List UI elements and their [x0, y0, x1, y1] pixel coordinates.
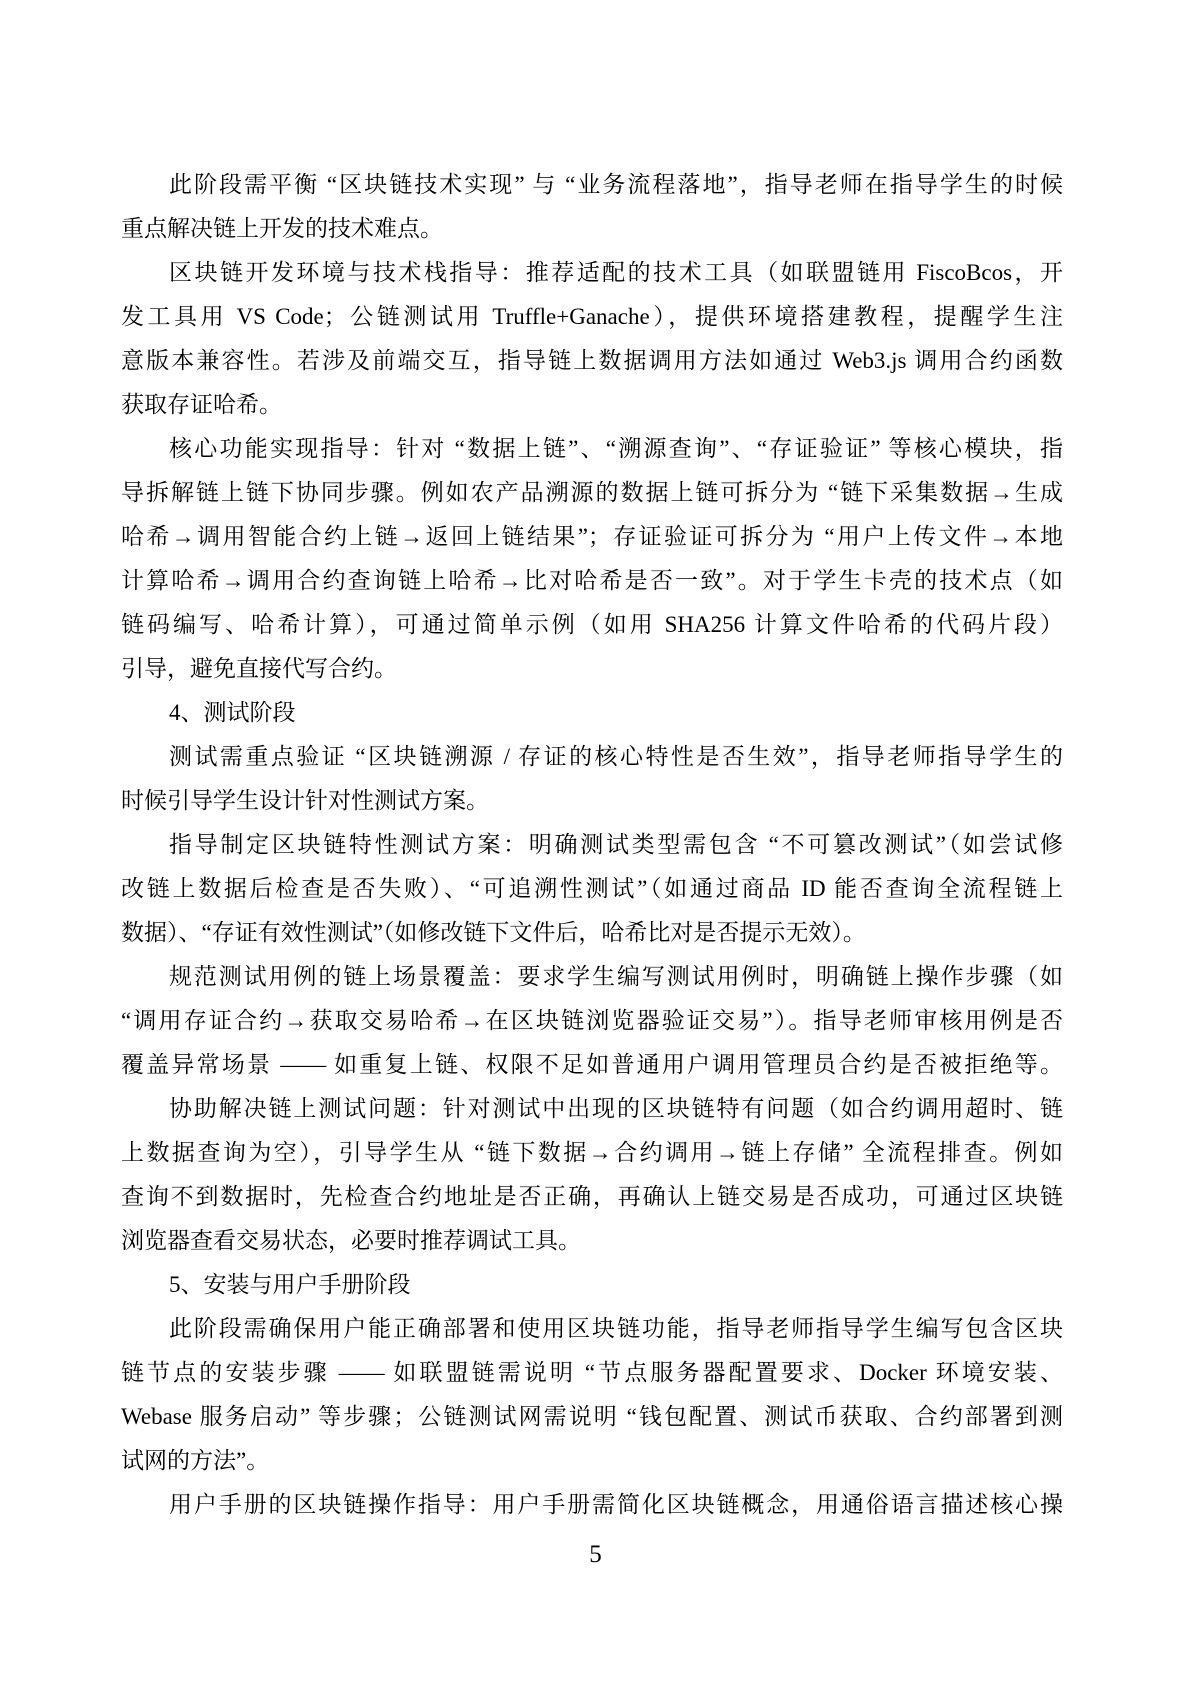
- text-line: 导拆解链上链下协同步骤。例如农产品溯源的数据上链可拆分为 “链下采集数据→生成: [121, 471, 1063, 515]
- text-line: 覆盖异常场景 —— 如重复上链、权限不足如普通用户调用管理员合约是否被拒绝等。: [121, 1043, 1063, 1087]
- document-body: 此阶段需平衡 “区块链技术实现” 与 “业务流程落地”，指导老师在指导学生的时候…: [121, 163, 1063, 1527]
- text-line: 浏览器查看交易状态，必要时推荐调试工具。: [121, 1219, 1063, 1263]
- text-line: 用户手册的区块链操作指导：用户手册需简化区块链概念，用通俗语言描述核心操: [121, 1483, 1063, 1527]
- text-line: 重点解决链上开发的技术难点。: [121, 207, 1063, 251]
- document-page: 此阶段需平衡 “区块链技术实现” 与 “业务流程落地”，指导老师在指导学生的时候…: [0, 0, 1191, 1684]
- text-line: 改链上数据后检查是否失败）、“可追溯性测试”（如通过商品 ID 能否查询全流程链…: [121, 867, 1063, 911]
- text-line: 测试需重点验证 “区块链溯源 / 存证的核心特性是否生效”，指导老师指导学生的: [121, 735, 1063, 779]
- text-line: 5、安装与用户手册阶段: [121, 1263, 1063, 1307]
- text-line: “调用存证合约→获取交易哈希→在区块链浏览器验证交易”）。指导老师审核用例是否: [121, 999, 1063, 1043]
- text-line: 此阶段需确保用户能正确部署和使用区块链功能，指导老师指导学生编写包含区块: [121, 1307, 1063, 1351]
- text-line: 规范测试用例的链上场景覆盖：要求学生编写测试用例时，明确链上操作步骤（如: [121, 955, 1063, 999]
- text-line: 协助解决链上测试问题：针对测试中出现的区块链特有问题（如合约调用超时、链: [121, 1087, 1063, 1131]
- page-number: 5: [0, 1538, 1191, 1572]
- text-line: 查询不到数据时，先检查合约地址是否正确，再确认上链交易是否成功，可通过区块链: [121, 1175, 1063, 1219]
- text-line: 试网的方法”。: [121, 1439, 1063, 1483]
- text-line: 核心功能实现指导：针对 “数据上链”、“溯源查询”、“存证验证” 等核心模块，指: [121, 427, 1063, 471]
- text-line: 获取存证哈希。: [121, 383, 1063, 427]
- text-line: Webase 服务启动” 等步骤；公链测试网需说明 “钱包配置、测试币获取、合约…: [121, 1395, 1063, 1439]
- text-line: 链节点的安装步骤 —— 如联盟链需说明 “节点服务器配置要求、Docker 环境…: [121, 1351, 1063, 1395]
- text-line: 区块链开发环境与技术栈指导：推荐适配的技术工具（如联盟链用 FiscoBcos，…: [121, 251, 1063, 295]
- text-line: 数据）、“存证有效性测试”（如修改链下文件后，哈希比对是否提示无效）。: [121, 911, 1063, 955]
- text-line: 意版本兼容性。若涉及前端交互，指导链上数据调用方法如通过 Web3.js 调用合…: [121, 339, 1063, 383]
- text-line: 此阶段需平衡 “区块链技术实现” 与 “业务流程落地”，指导老师在指导学生的时候: [121, 163, 1063, 207]
- text-line: 指导制定区块链特性测试方案：明确测试类型需包含 “不可篡改测试”（如尝试修: [121, 823, 1063, 867]
- text-line: 哈希→调用智能合约上链→返回上链结果”；存证验证可拆分为 “用户上传文件→本地: [121, 515, 1063, 559]
- text-line: 发工具用 VS Code；公链测试用 Truffle+Ganache），提供环境…: [121, 295, 1063, 339]
- text-line: 上数据查询为空），引导学生从 “链下数据→合约调用→链上存储” 全流程排查。例如: [121, 1131, 1063, 1175]
- text-line: 时候引导学生设计针对性测试方案。: [121, 779, 1063, 823]
- text-line: 4、测试阶段: [121, 691, 1063, 735]
- text-line: 计算哈希→调用合约查询链上哈希→比对哈希是否一致”。对于学生卡壳的技术点（如: [121, 559, 1063, 603]
- text-line: 链码编写、哈希计算），可通过简单示例（如用 SHA256 计算文件哈希的代码片段…: [121, 603, 1063, 647]
- text-line: 引导，避免直接代写合约。: [121, 647, 1063, 691]
